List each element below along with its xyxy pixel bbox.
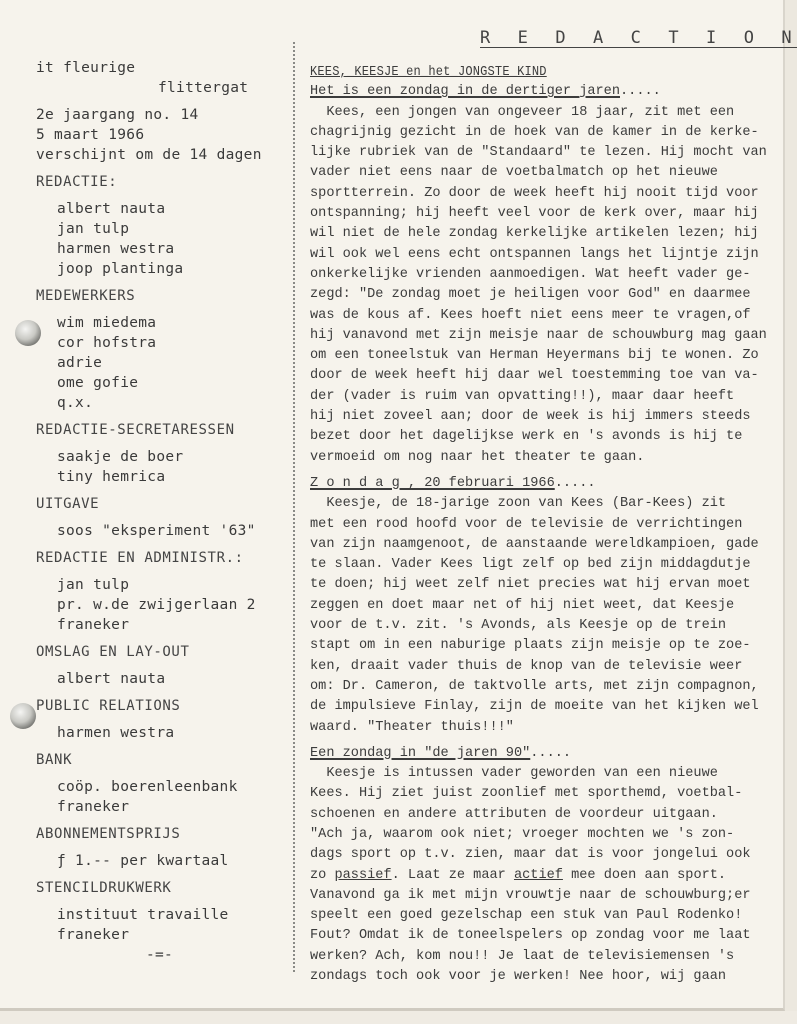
colophon-entry: ome gofie [36,373,291,393]
article-line: wil ook wel eens echt ontspannen langs h… [310,245,780,265]
masthead-redactioneel: R E D A C T I O N E E L [480,28,797,48]
colophon-entry: instituut travaille [36,905,291,925]
colophon-heading: REDACTIE-SECRETARESSEN [36,420,291,440]
subheading-ellipsis: ..... [620,84,661,99]
article-line: te slaan. Vader Kees ligt zelf op bed zi… [310,555,780,575]
issue-date: 5 maart 1966 [36,125,291,145]
colophon-heading: OMSLAG EN LAY-OUT [36,642,291,662]
article-line: stapt om in een naburige plaats zijn mei… [310,636,780,656]
article-line: te doen; hij weet zelf niet precies wat … [310,575,780,595]
article-line: Kees. Hij ziet juist zoonlief met sporth… [310,784,780,804]
article-line: vader niet eens naar de voetbalmatch op … [310,163,780,183]
article: KEES,_KEESJE_en_het_JONGSTE_KINDHet is e… [310,62,780,987]
article-line: hij vanavond met zijn meisje naar de sch… [310,326,780,346]
colophon-entry: cor hofstra [36,333,291,353]
article-line: door de week heeft hij daar wel toestemm… [310,366,780,386]
article-line: zegd: "De zondag moet je heiligen voor G… [310,285,780,305]
issue-number: 2e jaargang no. 14 [36,105,291,125]
colophon-heading: PUBLIC RELATIONS [36,696,291,716]
article-line: zondags toch ook voor je werken! Nee hoo… [310,967,780,987]
colophon-entry: q.x. [36,393,291,413]
colophon-heading: ABONNEMENTSPRIJS [36,824,291,844]
colophon-entry: albert nauta [36,669,291,689]
article-line: ken, draait vader thuis de knop van de t… [310,657,780,677]
colophon-heading: REDACTIE EN ADMINISTR.: [36,548,291,568]
article-line: lijke rubriek van de "Standaard" te leze… [310,143,780,163]
article-title: KEES,_KEESJE_en_het_JONGSTE_KIND [310,62,714,82]
article-line: om een toneelstuk van Herman Heyermans b… [310,346,780,366]
article-line: om: Dr. Cameron, de taktvolle arts, met … [310,677,780,697]
publication-title-2: flittergat [36,78,291,98]
article-line: was de kous af. Kees hoeft niet eens mee… [310,306,780,326]
article-line: "Ach ja, waarom ook niet; vroeger mochte… [310,825,780,845]
article-line: ontspanning; hij heeft veel voor de kerk… [310,204,780,224]
page-edge-bottom [0,1011,797,1024]
article-line: van zijn naamgenoot, de aanstaande werel… [310,535,780,555]
end-mark: -=- [36,945,291,965]
article-line: speelt een goed gezelschap een stuk van … [310,906,780,926]
subheading-text: Het is een zondag in de dertiger jaren [310,84,620,99]
issue-frequency: verschijnt om de 14 dagen [36,145,291,165]
article-line: Fout? Omdat ik de toneelspelers op zonda… [310,926,780,946]
colophon-entry: pr. w.de zwijgerlaan 2 [36,595,291,615]
colophon: it fleurigeflittergat2e jaargang no. 145… [36,58,291,965]
colophon-heading: BANK [36,750,291,770]
page-edge-right [785,0,797,1011]
article-line: voor de t.v. zit. 's Avonds, als Keesje … [310,616,780,636]
article-line: werken? Ach, kom nou!! Je laat de televi… [310,947,780,967]
article-line: met een rood hoofd voor de televisie de … [310,515,780,535]
article-line: chagrijnig gezicht in de hoek van de kam… [310,123,780,143]
article-line: Vanavond ga ik met mijn vrouwtje naar de… [310,886,780,906]
colophon-entry: harmen westra [36,239,291,259]
article-line: zeggen en doet maar net of hij niet weet… [310,596,780,616]
article-line: zo passief. Laat ze maar actief mee doen… [310,866,780,886]
colophon-heading: REDACTIE: [36,172,291,192]
section-subheading: Een zondag in "de jaren 90"..... [310,744,780,764]
section-subheading: Z o n d a g , 20 februari 1966..... [310,474,780,494]
colophon-entry: franeker [36,925,291,945]
colophon-heading: MEDEWERKERS [36,286,291,306]
article-line: onkerkelijke vrienden aanmoedigen. Wat h… [310,265,780,285]
colophon-entry: wim miedema [36,313,291,333]
section-subheading: Het is een zondag in de dertiger jaren..… [310,82,780,102]
colophon-entry: tiny hemrica [36,467,291,487]
colophon-entry: franeker [36,615,291,635]
article-line: sportterrein. Zo door de week heeft hij … [310,184,780,204]
colophon-heading: UITGAVE [36,494,291,514]
colophon-entry: adrie [36,353,291,373]
subheading-ellipsis: ..... [555,476,596,491]
colophon-entry: saakje de boer [36,447,291,467]
subheading-text: Z o n d a g , 20 februari 1966 [310,476,555,491]
colophon-entry: jan tulp [36,219,291,239]
punch-hole-bottom [10,703,36,729]
article-line: hij niet zoveel aan; door de week is hij… [310,407,780,427]
subheading-text: Een zondag in "de jaren 90" [310,746,530,761]
colophon-entry: jan tulp [36,575,291,595]
article-line: Keesje is intussen vader geworden van ee… [310,764,780,784]
publication-title: it fleurige [36,58,291,78]
colophon-heading: STENCILDRUKWERK [36,878,291,898]
article-line: de impulsieve Finlay, zijn de moeite van… [310,697,780,717]
colophon-entry: franeker [36,797,291,817]
article-line: waard. "Theater thuis!!!" [310,718,780,738]
article-line: vermoeid om nog naar het theater te gaan… [310,448,780,468]
article-line: wil niet de hele zondag kerkelijke artik… [310,224,780,244]
colophon-entry: joop plantinga [36,259,291,279]
colophon-entry: coöp. boerenleenbank [36,777,291,797]
colophon-entry: albert nauta [36,199,291,219]
article-line: Kees, een jongen van ongeveer 18 jaar, z… [310,103,780,123]
subheading-ellipsis: ..... [530,746,571,761]
article-line: der (vader is ruim van opvatting!!), maa… [310,387,780,407]
colophon-entry: harmen westra [36,723,291,743]
column-divider [293,42,295,972]
article-line: bezet door het dagelijkse werk en 's avo… [310,427,780,447]
article-line: schoenen en andere attributen de voordeu… [310,805,780,825]
article-line: Keesje, de 18-jarige zoon van Kees (Bar-… [310,494,780,514]
article-line: dags sport op t.v. zien, maar dat is voo… [310,845,780,865]
colophon-entry: soos "eksperiment '63" [36,521,291,541]
colophon-entry: ƒ 1.-- per kwartaal [36,851,291,871]
